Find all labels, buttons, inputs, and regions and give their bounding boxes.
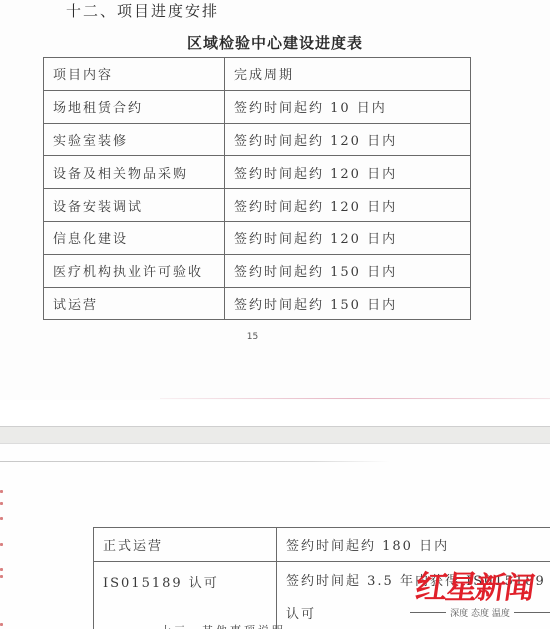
cell-period: 签约时间起约 150 日内 (225, 287, 471, 320)
cell-item: 实验室装修 (44, 123, 225, 156)
schedule-table: 项目内容 完成周期 场地租赁合约 签约时间起约 10 日内 实验室装修 签约时间… (43, 57, 471, 320)
cell-period: 签约时间起约 120 日内 (225, 221, 471, 254)
table-row: 试运营 签约时间起约 150 日内 (44, 287, 471, 320)
cell-item: 正式运营 (94, 528, 277, 562)
watermark-logo-part-1: 红星 (413, 568, 478, 606)
next-section-heading-partial: 十三、其他事项说明 (160, 622, 286, 629)
cell-item: 医疗机构执业许可验收 (44, 254, 225, 287)
cell-item: 设备安装调试 (44, 189, 225, 222)
table-row: 医疗机构执业许可验收 签约时间起约 150 日内 (44, 254, 471, 287)
page-edge-shadow (160, 398, 550, 399)
binding-marks (0, 490, 4, 629)
cell-period: 签约时间起约 120 日内 (225, 156, 471, 189)
table-row: 设备及相关物品采购 签约时间起约 120 日内 (44, 156, 471, 189)
header-cell-period: 完成周期 (225, 58, 471, 91)
news-watermark-logo: 红星新闻 深度 态度 温度 (410, 562, 550, 629)
table-title: 区域检验中心建设进度表 (0, 32, 550, 53)
cell-item: IS015189 认可 (94, 562, 277, 629)
section-heading: 十二、项目进度安排 (66, 0, 219, 21)
cell-period: 签约时间起约 10 日内 (225, 90, 471, 123)
table-row: 正式运营 签约时间起约 180 日内 (94, 528, 550, 562)
document-page-15: 十二、项目进度安排 区域检验中心建设进度表 项目内容 完成周期 场地租赁合约 签… (0, 0, 550, 400)
watermark-slogan-row: 深度 态度 温度 (410, 606, 550, 619)
divider (514, 612, 550, 613)
cell-item: 设备及相关物品采购 (44, 156, 225, 189)
watermark-logo-text: 红星新闻 (413, 562, 537, 608)
table-row: 设备安装调试 签约时间起约 120 日内 (44, 189, 471, 222)
cell-period: 签约时间起约 120 日内 (225, 189, 471, 222)
page-curl-edge (0, 461, 390, 462)
cell-item: 信息化建设 (44, 221, 225, 254)
cell-item: 场地租赁合约 (44, 90, 225, 123)
table-row: 信息化建设 签约时间起约 120 日内 (44, 221, 471, 254)
table-row: 场地租赁合约 签约时间起约 10 日内 (44, 90, 471, 123)
cell-period: 签约时间起约 150 日内 (225, 254, 471, 287)
watermark-logo-part-2: 新闻 (473, 571, 536, 606)
cell-item: 试运营 (44, 287, 225, 320)
page-separator (0, 426, 550, 444)
header-cell-item: 项目内容 (44, 58, 225, 91)
page-number: 15 (0, 332, 505, 342)
divider (410, 612, 446, 613)
cell-period: 签约时间起约 180 日内 (277, 528, 550, 562)
table-header-row: 项目内容 完成周期 (44, 58, 471, 91)
cell-period: 签约时间起约 120 日内 (225, 123, 471, 156)
watermark-slogan: 深度 态度 温度 (450, 606, 510, 619)
table-row: 实验室装修 签约时间起约 120 日内 (44, 123, 471, 156)
